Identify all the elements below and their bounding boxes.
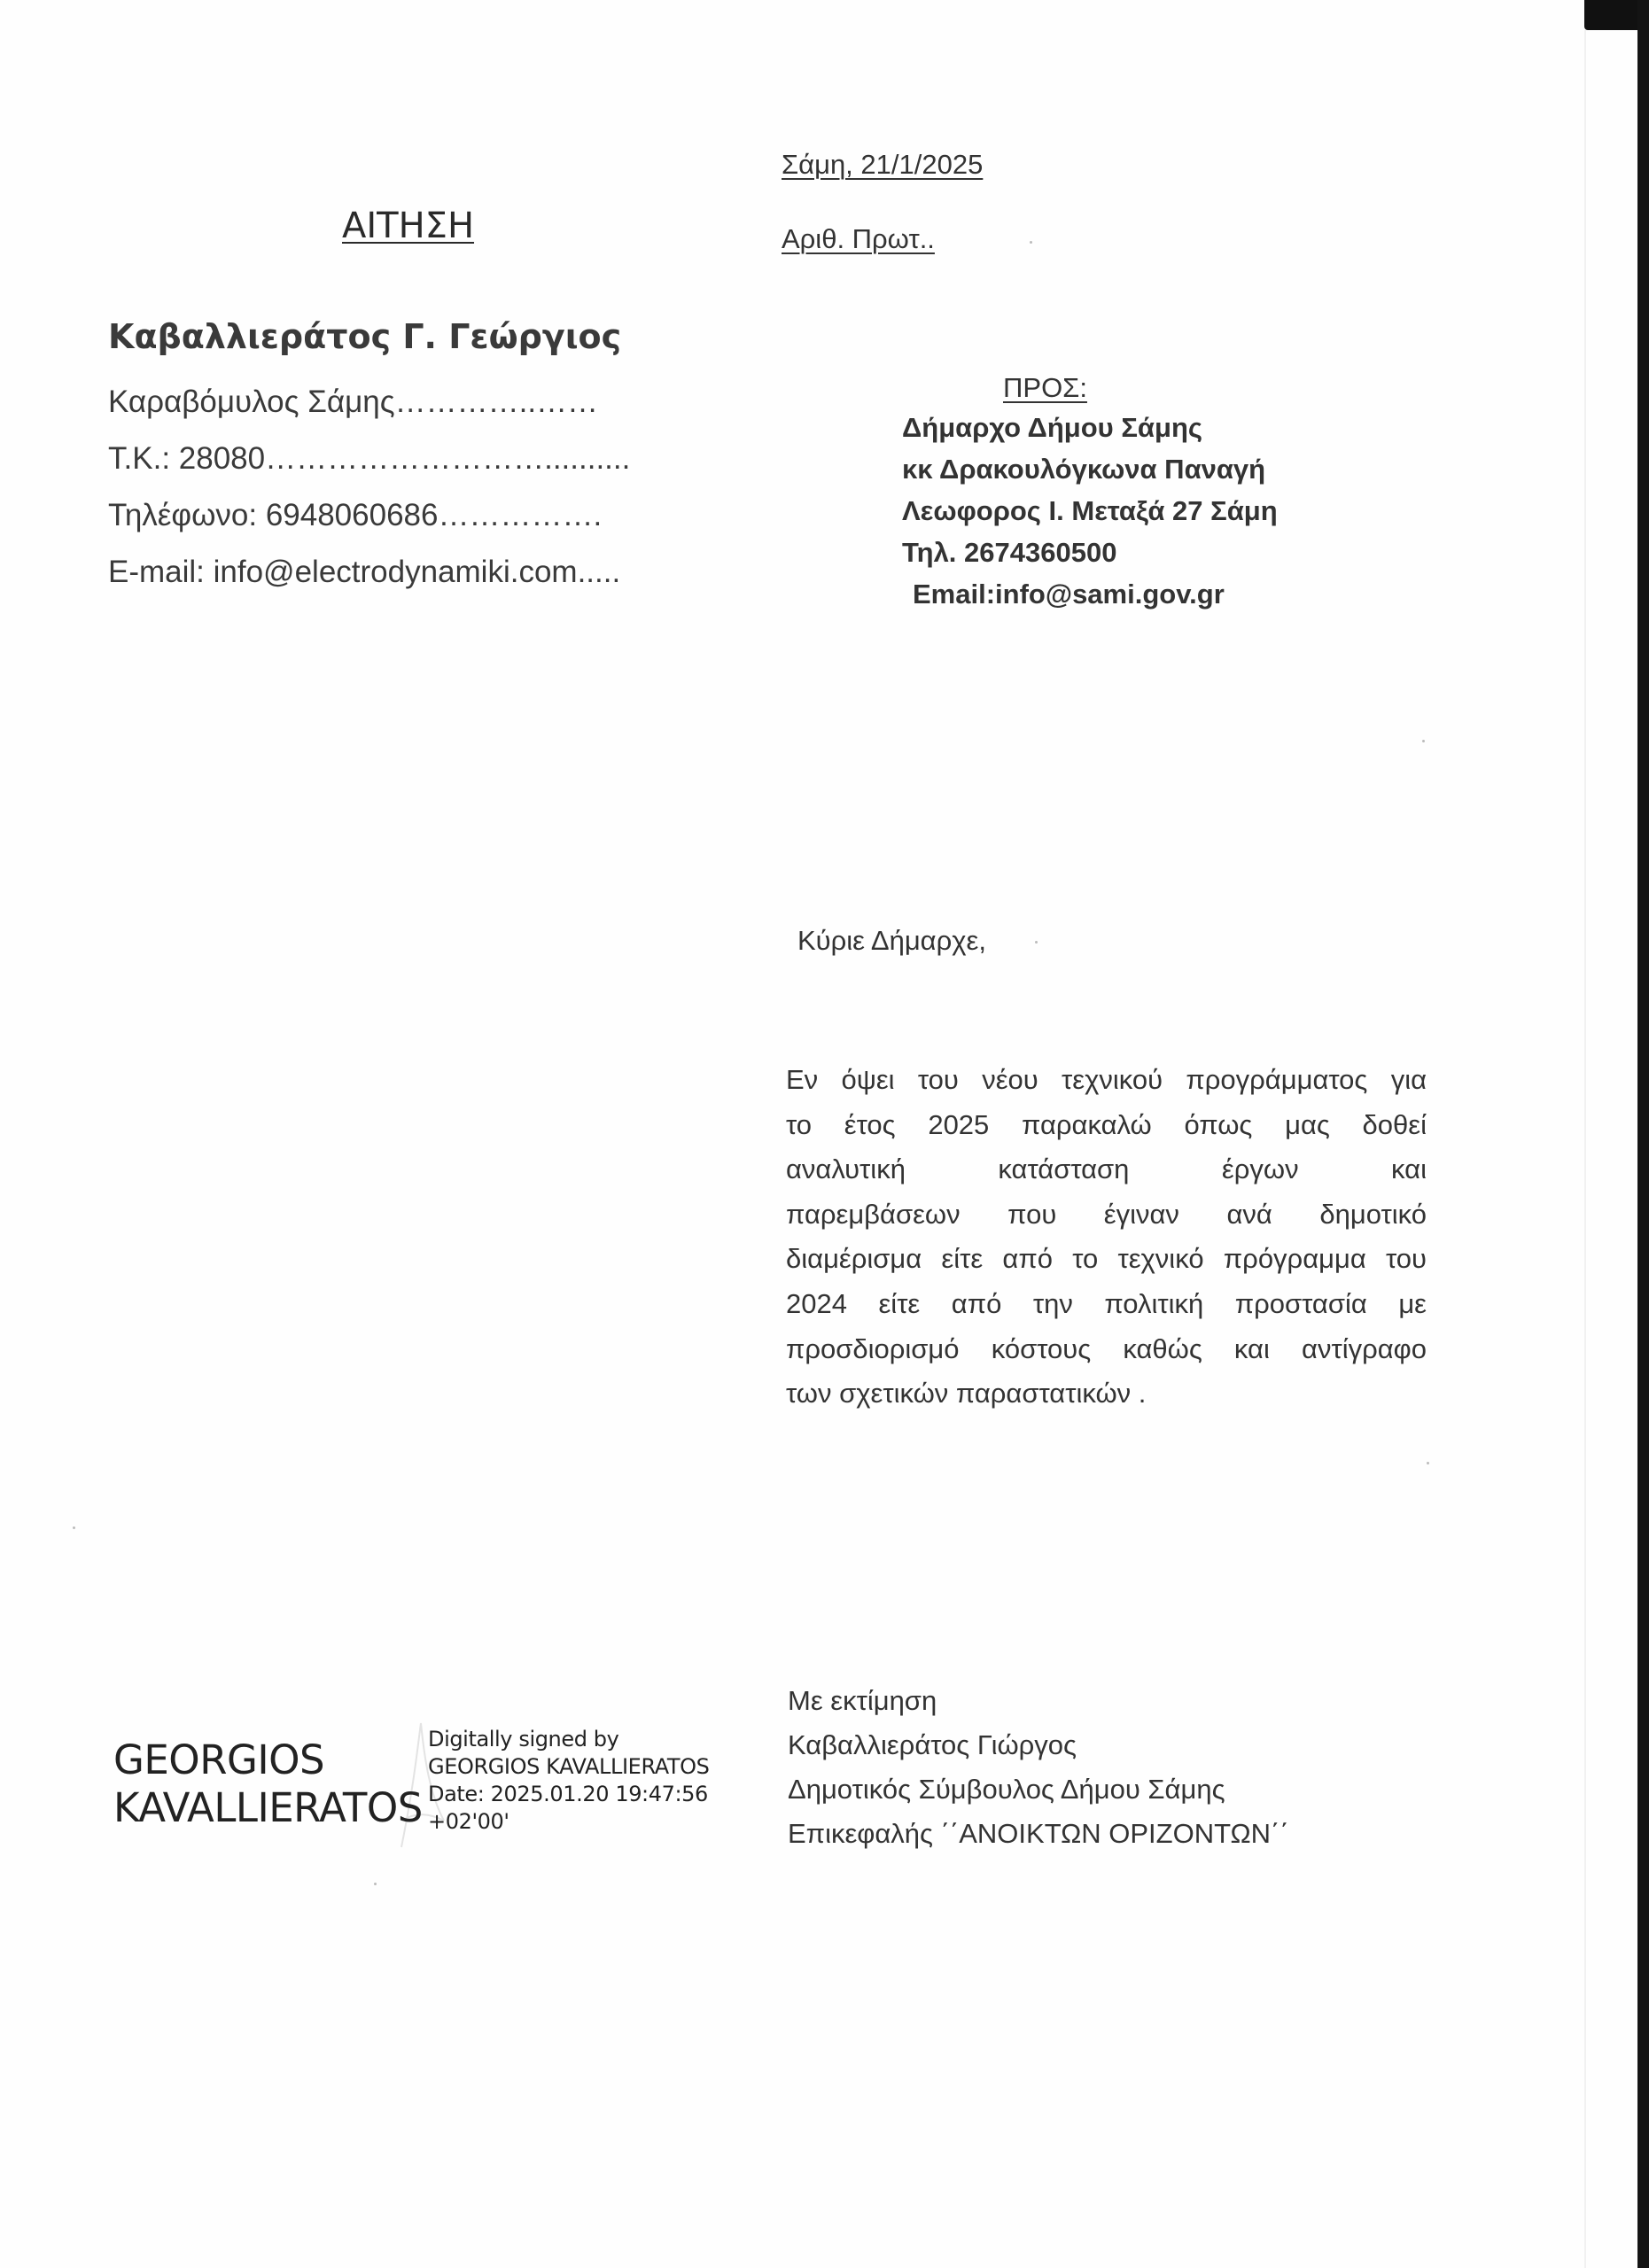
recipient-block: Δήμαρχο Δήμου Σάμης κκ Δρακουλόγκωνα Παν… xyxy=(902,411,1278,619)
sender-postal-code: Τ.Κ.: 28080……………………….......... xyxy=(108,439,630,496)
salutation: Κύριε Δήμαρχε, xyxy=(797,925,986,957)
signature-first-name: GEORGIOS xyxy=(113,1736,423,1784)
closing-signatory-party: Επικεφαλής ΄΄ΑΝΟΙΚΤΩΝ ΟΡΙΖΟΝΤΩΝ΄΄ xyxy=(788,1816,1289,1860)
sender-email: E-mail: info@electrodynamiki.com..... xyxy=(108,553,630,610)
scanned-page: Σάμη, 21/1/2025 Αριθ. Πρωτ.. ΑΙΤΗΣΗ Καβα… xyxy=(0,0,1649,2268)
body-line: προσδιορισμό κόστους καθώς και αντίγραφο xyxy=(786,1327,1427,1372)
body-line: παρεμβάσεων που έγιναν ανά δημοτικό xyxy=(786,1192,1427,1238)
signature-last-name: KAVALLIERATOS xyxy=(113,1784,423,1832)
closing-signatory-role: Δημοτικός Σύμβουλος Δήμου Σάμης xyxy=(788,1772,1289,1816)
body-line: το έτος 2025 παρακαλώ όπως μας δοθεί xyxy=(786,1103,1427,1148)
recipient-label: ΠΡΟΣ: xyxy=(1003,372,1087,404)
scan-speck xyxy=(1030,241,1032,244)
sender-address: Καραβόμυλος Σάμης…………..…… xyxy=(108,383,630,439)
body-line: Εν όψει του νέου τεχνικού προγράμματος γ… xyxy=(786,1058,1427,1103)
recipient-address: Λεωφορος Ι. Μεταξά 27 Σάμη xyxy=(902,494,1278,536)
recipient-name: κκ Δρακουλόγκωνα Παναγή xyxy=(902,453,1278,494)
scan-speck xyxy=(1427,1462,1429,1464)
protocol-number: Αριθ. Πρωτ.. xyxy=(782,223,935,255)
signature-name: GEORGIOS KAVALLIERATOS xyxy=(113,1736,423,1832)
sender-phone: Τηλέφωνο: 6948060686……………. xyxy=(108,496,630,553)
recipient-phone: Τηλ. 2674360500 xyxy=(902,536,1278,578)
signature-details: Digitally signed by GEORGIOS KAVALLIERAT… xyxy=(428,1726,710,1836)
signature-date: Date: 2025.01.20 19:47:56 xyxy=(428,1781,710,1808)
closing-greeting: Με εκτίμηση xyxy=(788,1683,1289,1728)
body-line: των σχετικών παραστατικών . xyxy=(786,1371,1427,1417)
page-edge-shadow xyxy=(1584,30,1586,2268)
signature-timezone: +02'00' xyxy=(428,1808,710,1836)
recipient-title: Δήμαρχο Δήμου Σάμης xyxy=(902,411,1278,453)
scanner-edge-strip xyxy=(1637,0,1649,2268)
body-line: διαμέρισμα είτε από το τεχνικό πρόγραμμα… xyxy=(786,1237,1427,1282)
scan-speck xyxy=(73,1526,75,1529)
body-line: αναλυτική κατάσταση έργων και xyxy=(786,1147,1427,1192)
closing-signatory-name: Καβαλλιεράτος Γιώργος xyxy=(788,1728,1289,1772)
signature-signer: GEORGIOS KAVALLIERATOS xyxy=(428,1753,710,1781)
body-line: 2024 είτε από την πολιτική προστασία με xyxy=(786,1282,1427,1327)
scan-speck xyxy=(374,1883,377,1885)
sender-name: Καβαλλιεράτος Γ. Γεώργιος xyxy=(108,317,621,356)
scan-speck xyxy=(1035,941,1038,944)
signature-label: Digitally signed by xyxy=(428,1726,710,1753)
letter-body: Εν όψει του νέου τεχνικού προγράμματος γ… xyxy=(786,1058,1427,1417)
recipient-email: Email:info@sami.gov.gr xyxy=(902,578,1278,619)
place-date: Σάμη, 21/1/2025 xyxy=(782,149,983,181)
closing-block: Με εκτίμηση Καβαλλιεράτος Γιώργος Δημοτι… xyxy=(788,1683,1289,1860)
scan-speck xyxy=(1422,740,1425,742)
sender-details: Καραβόμυλος Σάμης…………..…… Τ.Κ.: 28080………… xyxy=(108,383,630,610)
document-title: ΑΙΤΗΣΗ xyxy=(342,206,474,246)
